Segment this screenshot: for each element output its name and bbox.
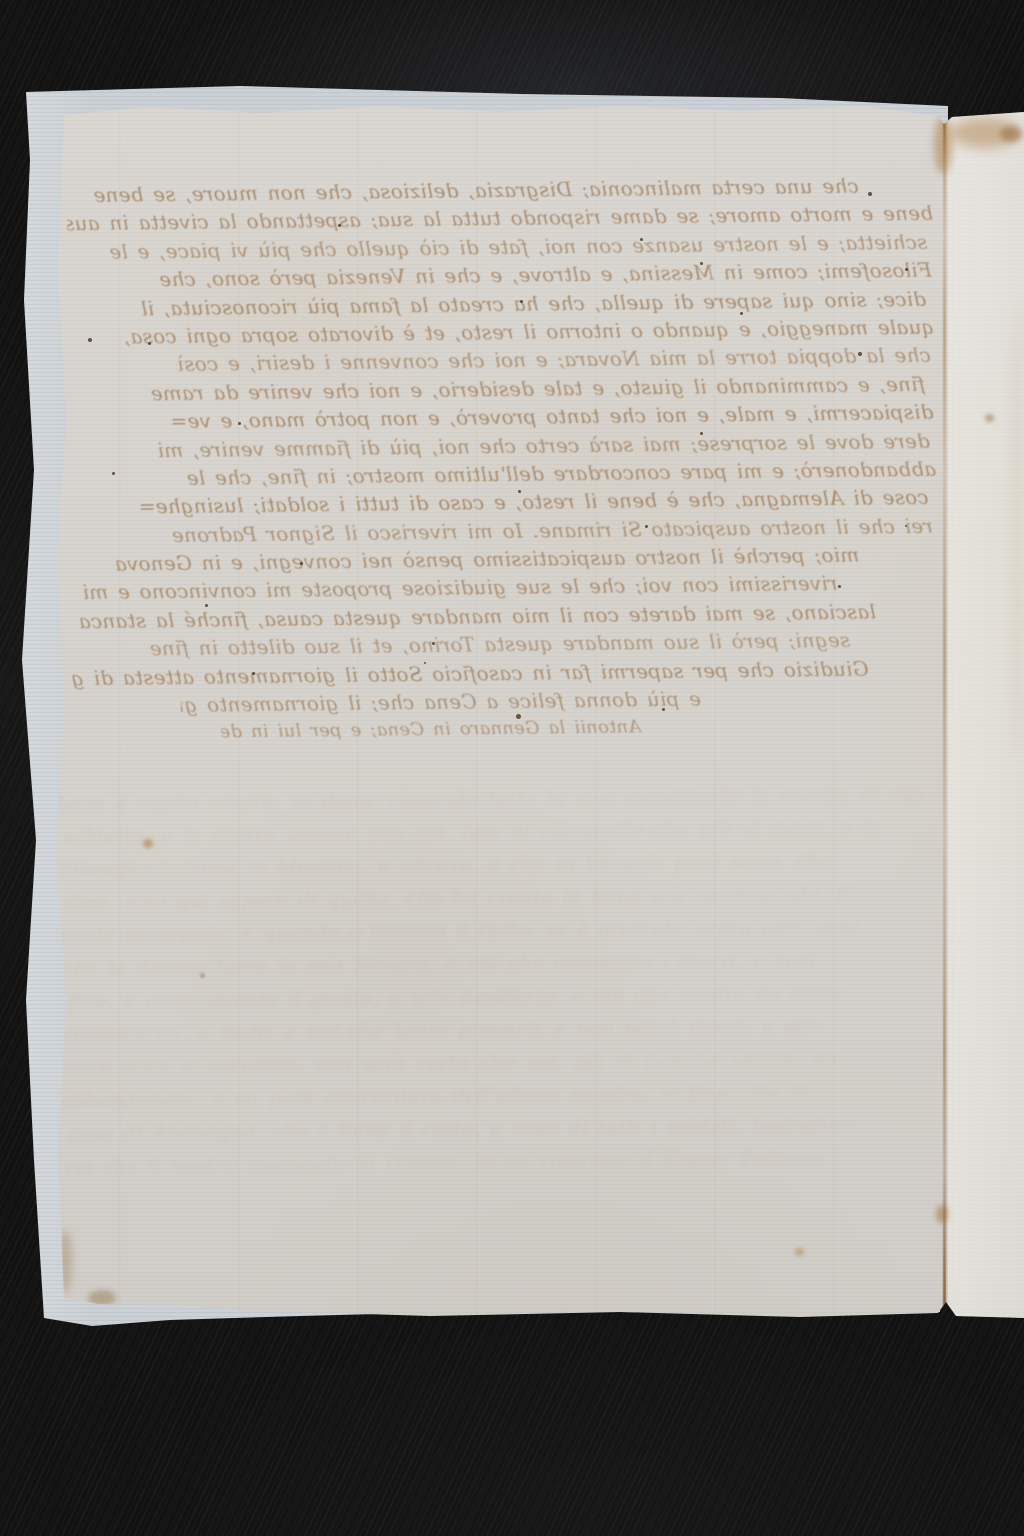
ink-fleck (88, 338, 92, 342)
ink-fleck (112, 472, 115, 475)
ink-fleck (700, 262, 703, 265)
bleedthrough-text-block: che una certa malinconia; Disgrazia, del… (55, 171, 940, 749)
ink-fleck (858, 352, 862, 356)
ink-fleck (300, 562, 303, 565)
paper-stain (200, 973, 205, 978)
ink-fleck (640, 238, 643, 241)
paper-stain (936, 1205, 948, 1223)
faint-showthrough-block: bene e morto amore; se dame rispondo tut… (56, 777, 939, 1184)
ink-fleck (518, 490, 521, 493)
ink-fleck (424, 662, 426, 664)
ink-fleck (838, 585, 841, 588)
ink-fleck (205, 604, 208, 607)
ink-fleck (662, 708, 665, 711)
ink-fleck (905, 525, 907, 527)
paper-stain (985, 414, 994, 422)
ink-fleck (868, 192, 872, 196)
ink-fleck (905, 268, 908, 271)
ink-fleck (700, 432, 703, 435)
bleedthrough-line: Antonii la Gennaro in Cena; e per lui in… (221, 714, 641, 748)
ink-fleck (645, 525, 648, 528)
faint-mirrored-lines: bene e morto amore; se dame rispondo tut… (56, 777, 939, 1184)
ink-fleck (338, 224, 341, 227)
ink-fleck (252, 672, 255, 675)
manuscript-photo: Photograph of the blank verso of an 18th… (0, 0, 1024, 1536)
paper-stain (795, 1248, 804, 1256)
paper-stain (1000, 126, 1022, 142)
ink-fleck (520, 300, 523, 303)
ink-fleck (740, 312, 743, 315)
ink-fleck (516, 714, 521, 719)
fold-crease (943, 116, 946, 1312)
ink-fleck (238, 422, 241, 425)
ink-fleck (432, 642, 435, 645)
paper-stain (143, 839, 153, 848)
paper-stain (1012, 300, 1022, 760)
mirrored-text-lines: che una certa malinconia; Disgrazia, del… (55, 171, 940, 749)
ink-fleck (148, 342, 151, 345)
